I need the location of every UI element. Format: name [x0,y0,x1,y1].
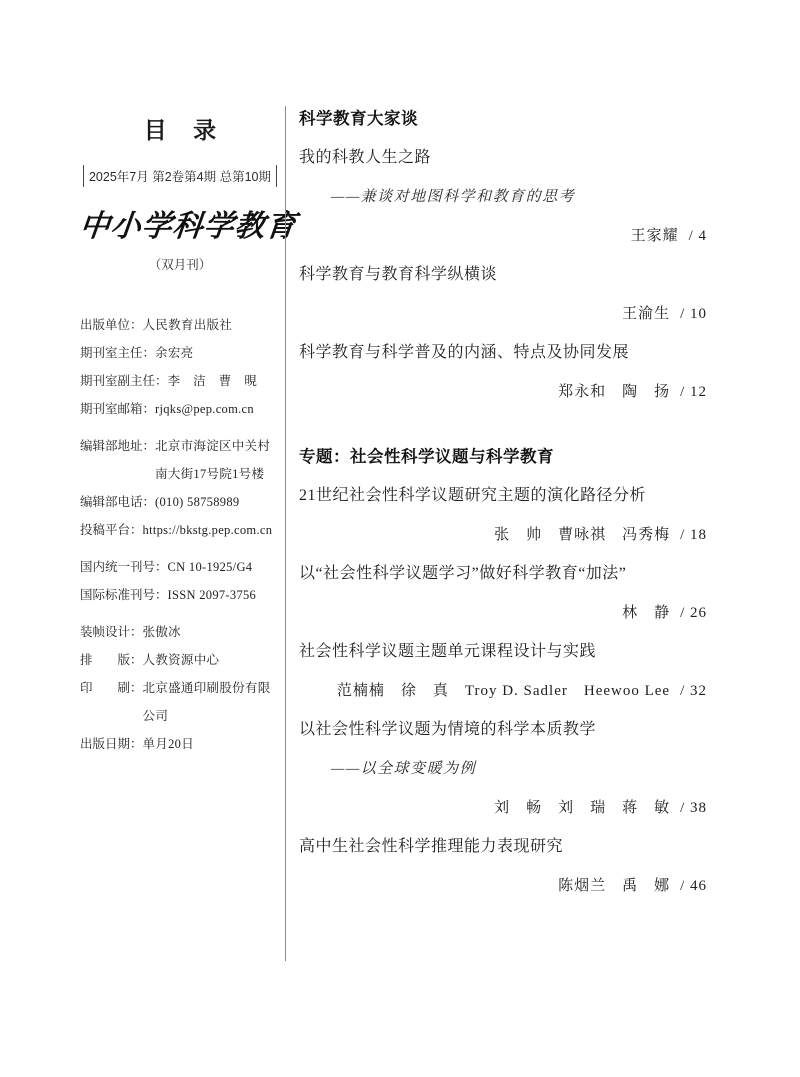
article-page-number: / 12 [680,384,707,400]
masthead-label: 期刊室邮箱： [80,395,155,423]
section-header: 科学教育大家谈 [299,106,707,132]
article-title: 高中生社会性科学推理能力表现研究 [299,834,707,860]
article-authors-line: 范楠楠 徐 真 Troy D. Sadler Heewoo Lee/ 32 [299,678,707,704]
article-authors-line: 陈烟兰 禹 娜/ 46 [299,873,707,899]
masthead-item-submission-platform: 投稿平台： https://bkstg.pep.com.cn [80,516,280,544]
article-authors-line: 王家耀/ 4 [299,223,707,249]
article-title: 科学教育与教育科学纵横谈 [299,262,707,288]
article-entry: 高中生社会性科学推理能力表现研究 陈烟兰 禹 娜/ 46 [299,834,707,899]
article-page-number: / 32 [680,683,707,699]
journal-logo: 中小学科学教育 [78,201,283,245]
article-authors-line: 郑永和 陶 扬/ 12 [299,379,707,405]
masthead-value: https://bkstg.pep.com.cn [143,516,280,544]
masthead-group-publisher: 出版单位： 人民教育出版社 期刊室主任： 余宏亮 期刊室副主任： 李 洁 曹 晛… [80,311,280,423]
masthead-label: 编辑部电话： [80,488,155,516]
masthead-label: 期刊室主任： [80,339,155,367]
masthead-item-phone: 编辑部电话： (010) 58758989 [80,488,280,516]
article-page-number: / 38 [680,800,707,816]
masthead-label: 期刊室副主任： [80,367,168,395]
article-authors: 王渝生 [622,306,670,322]
toc-title: 目 录 [80,112,280,145]
article-authors-line: 王渝生/ 10 [299,301,707,327]
masthead-value: (010) 58758989 [155,488,280,516]
masthead-value: 单月20日 [143,730,280,758]
masthead-item-printing: 印 刷： 北京盛通印刷股份有限公司 [80,674,280,730]
masthead-item-cn-number: 国内统一刊号： CN 10-1925/G4 [80,553,280,581]
masthead-value: ISSN 2097-3756 [168,581,280,609]
section-header: 专题：社会性科学议题与科学教育 [299,444,707,470]
masthead-value: CN 10-1925/G4 [168,553,280,581]
masthead-group-serials: 国内统一刊号： CN 10-1925/G4 国际标准刊号： ISSN 2097-… [80,553,280,609]
masthead-label: 出版日期： [80,730,143,758]
masthead-value: 张傲冰 [143,618,280,646]
article-authors-line: 林 静/ 26 [299,600,707,626]
masthead-group-production: 装帧设计： 张傲冰 排 版： 人教资源中心 印 刷： 北京盛通印刷股份有限公司 … [80,618,280,758]
masthead-value: 余宏亮 [155,339,280,367]
masthead-value: 北京盛通印刷股份有限公司 [143,674,280,730]
masthead-item-address: 编辑部地址： 北京市海淀区中关村南大街17号院1号楼 [80,432,280,488]
article-entry: 以“社会性科学议题学习”做好科学教育“加法” 林 静/ 26 [299,561,707,626]
article-subtitle: ——以全球变暖为例 [299,756,707,782]
article-entry: 21世纪社会性科学议题研究主题的演化路径分析 张 帅 曹咏祺 冯秀梅/ 18 [299,483,707,548]
issue-info: 2025年7月 第2卷第4期 总第10期 [83,165,277,187]
article-entry: 科学教育与科学普及的内涵、特点及协同发展 郑永和 陶 扬/ 12 [299,340,707,405]
article-page-number: / 18 [680,527,707,543]
article-page-number: / 10 [680,306,707,322]
article-entry: 我的科教人生之路 ——兼谈对地图科学和教育的思考 王家耀/ 4 [299,145,707,249]
masthead-item-issn: 国际标准刊号： ISSN 2097-3756 [80,581,280,609]
masthead-column: 目 录 2025年7月 第2卷第4期 总第10期 中小学科学教育 （双月刊） 出… [80,112,280,767]
masthead-label: 装帧设计： [80,618,143,646]
masthead-value: 李 洁 曹 晛 [168,367,280,395]
article-page-number: / 26 [680,605,707,621]
article-authors: 郑永和 陶 扬 [558,384,670,400]
article-authors: 范楠楠 徐 真 Troy D. Sadler Heewoo Lee [337,683,670,699]
article-entry: 以社会性科学议题为情境的科学本质教学 ——以全球变暖为例 刘 畅 刘 瑞 蒋 敏… [299,717,707,821]
article-authors: 王家耀 [631,228,679,244]
masthead-item-email: 期刊室邮箱： rjqks@pep.com.cn [80,395,280,423]
article-title: 21世纪社会性科学议题研究主题的演化路径分析 [299,483,707,509]
masthead-item-publish-date: 出版日期： 单月20日 [80,730,280,758]
masthead-group-contact: 编辑部地址： 北京市海淀区中关村南大街17号院1号楼 编辑部电话： (010) … [80,432,280,544]
article-title: 以“社会性科学议题学习”做好科学教育“加法” [299,561,707,587]
masthead-label: 国际标准刊号： [80,581,168,609]
masthead-item-design: 装帧设计： 张傲冰 [80,618,280,646]
masthead-label: 编辑部地址： [80,432,155,488]
article-authors: 林 静 [622,605,670,621]
masthead-label: 国内统一刊号： [80,553,168,581]
toc-page: 目 录 2025年7月 第2卷第4期 总第10期 中小学科学教育 （双月刊） 出… [0,0,800,1077]
article-authors-line: 张 帅 曹咏祺 冯秀梅/ 18 [299,522,707,548]
masthead-label: 投稿平台： [80,516,143,544]
article-title: 社会性科学议题主题单元课程设计与实践 [299,639,707,665]
article-authors: 陈烟兰 禹 娜 [558,878,670,894]
masthead-value: 北京市海淀区中关村南大街17号院1号楼 [155,432,280,488]
article-subtitle: ——兼谈对地图科学和教育的思考 [299,184,707,210]
section-ssi-special-topic: 专题：社会性科学议题与科学教育 21世纪社会性科学议题研究主题的演化路径分析 张… [299,444,707,899]
article-entry: 科学教育与教育科学纵横谈 王渝生/ 10 [299,262,707,327]
article-entry: 社会性科学议题主题单元课程设计与实践 范楠楠 徐 真 Troy D. Sadle… [299,639,707,704]
article-page-number: / 46 [680,878,707,894]
masthead-value: 人教资源中心 [143,646,280,674]
article-title: 科学教育与科学普及的内涵、特点及协同发展 [299,340,707,366]
masthead-item-deputy-director: 期刊室副主任： 李 洁 曹 晛 [80,367,280,395]
masthead-value: rjqks@pep.com.cn [155,395,280,423]
contents-column: 科学教育大家谈 我的科教人生之路 ——兼谈对地图科学和教育的思考 王家耀/ 4 … [299,106,707,912]
masthead-label: 出版单位： [80,311,143,339]
masthead-item-publisher: 出版单位： 人民教育出版社 [80,311,280,339]
article-authors: 刘 畅 刘 瑞 蒋 敏 [494,800,670,816]
frequency-label: （双月刊） [80,255,280,273]
article-title: 以社会性科学议题为情境的科学本质教学 [299,717,707,743]
article-page-number: / 4 [689,228,707,244]
masthead-item-director: 期刊室主任： 余宏亮 [80,339,280,367]
issue-info-wrap: 2025年7月 第2卷第4期 总第10期 [80,165,280,187]
masthead-value: 人民教育出版社 [143,311,280,339]
article-authors: 张 帅 曹咏祺 冯秀梅 [494,527,670,543]
column-divider [285,106,286,961]
section-keynote-talks: 科学教育大家谈 我的科教人生之路 ——兼谈对地图科学和教育的思考 王家耀/ 4 … [299,106,707,405]
masthead-label: 印 刷： [80,674,143,730]
article-authors-line: 刘 畅 刘 瑞 蒋 敏/ 38 [299,795,707,821]
article-title: 我的科教人生之路 [299,145,707,171]
masthead-label: 排 版： [80,646,143,674]
masthead-item-typesetting: 排 版： 人教资源中心 [80,646,280,674]
